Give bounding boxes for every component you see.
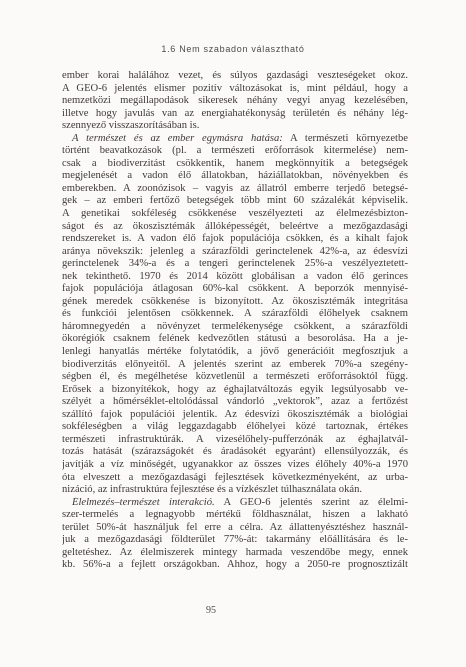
text-segment: gerinctelenek 34%-a és a tengeri gerinct… <box>62 258 408 269</box>
text-segment: szennyező visszaszorításában is. <box>62 120 199 131</box>
text-segment: rendszereket is. A vadon élő fajok popul… <box>62 233 408 244</box>
text-segment: természeti infrastruktúrák. A vizesélőhe… <box>62 434 408 445</box>
text-line: fajok populációja átlagosan 60%-kal csök… <box>62 283 408 296</box>
text-segment: ságot és az ökoszisztémák állóképességét… <box>62 221 408 232</box>
text-segment: sokféleségben a világ leggazdagabb élőhe… <box>62 421 408 432</box>
text-line: tozás hatását (szárazságokét és áradások… <box>62 446 408 459</box>
text-line: Erősek a bizonyítékok, hogy az éghajlatv… <box>62 384 408 397</box>
text-segment: emberekben. A zoonózisok – vagyis az áll… <box>62 183 408 194</box>
text-line: szállító fajok populációi jelentik. Az é… <box>62 409 408 422</box>
text-segment: tozás hatását (szárazságokét és áradások… <box>62 446 408 457</box>
text-line: szer-termelés a legnagyobb mértékű földh… <box>62 509 408 522</box>
text-segment: A természeti környezetbe <box>283 133 408 144</box>
text-segment: geltetéshez. Az élelmiszerek mintegy har… <box>62 547 408 558</box>
text-segment: javítják a víz minőségét, ugyanakkor az … <box>62 459 408 470</box>
text-line: juk a mezőgazdasági földterület 77%-át: … <box>62 534 408 547</box>
text-segment: szer-termelés a legnagyobb mértékű földh… <box>62 509 408 520</box>
text-line: óta elveszett a mezőgazdasági fejlesztés… <box>62 472 408 485</box>
text-line: nemzetközi megállapodások sikeresek néhá… <box>62 95 408 108</box>
text-segment: Erősek a bizonyítékok, hogy az éghajlatv… <box>62 384 408 395</box>
paragraph: Élelmezés–természet interakció. A GEO-6 … <box>62 497 408 572</box>
text-line: megjelenését a vadon élő állatokban, ház… <box>62 170 408 183</box>
text-segment: aránya növekszik: jelenleg a szárazföldi… <box>62 246 408 257</box>
text-line: geltetéshez. Az élelmiszerek mintegy har… <box>62 547 408 560</box>
text-line: javítják a víz minőségét, ugyanakkor az … <box>62 459 408 472</box>
paragraph: ember korai halálához vezet, és súlyos g… <box>62 70 408 133</box>
text-segment: biodiverzitás előnyeitől. A jelentés sze… <box>62 359 408 370</box>
text-segment: ségben él, és megélhetése közvetlenül a … <box>62 371 408 382</box>
text-line: szélyét a hőmérséklet-eltolódással vándo… <box>62 396 408 409</box>
italic-text-segment: A természet és az ember egymásra hatása: <box>72 133 283 144</box>
text-line: A genetikai sokféleség csökkenése veszél… <box>62 208 408 221</box>
text-segment: juk a mezőgazdasági földterület 77%-át: … <box>62 534 408 545</box>
text-segment: és funkciói jelentősen csökkennek. A szá… <box>62 308 408 319</box>
text-line: ember korai halálához vezet, és súlyos g… <box>62 70 408 83</box>
text-line: rendszereket is. A vadon élő fajok popul… <box>62 233 408 246</box>
text-line: terület 50%-át használjuk fel erre a cél… <box>62 522 408 535</box>
text-line: biodiverzitás előnyeitől. A jelentés sze… <box>62 359 408 372</box>
text-segment: kb. 56%-a a fejlett országokban. Ahhoz, … <box>62 559 408 570</box>
book-page: 1.6 Nem szabadon választható ember korai… <box>0 0 466 667</box>
text-line: csak a biodiverzitást csökkentik, hanem … <box>62 158 408 171</box>
text-segment: fajok populációja átlagosan 60%-kal csök… <box>62 283 408 294</box>
paragraph: A természet és az ember egymásra hatása:… <box>62 133 408 497</box>
text-segment: megjelenését a vadon élő állatokban, ház… <box>62 170 408 181</box>
italic-text-segment: Élelmezés–természet interakció. <box>72 497 215 508</box>
text-segment: terület 50%-át használjuk fel erre a cél… <box>62 522 408 533</box>
text-segment: szállító fajok populációi jelentik. Az é… <box>62 409 408 420</box>
text-segment: gek – az emberi fertőző betegségek több … <box>62 195 408 206</box>
text-line: nek tekinthető. 1970 és 2014 között glob… <box>62 271 408 284</box>
text-line: A GEO-6 jelentés elismer pozitív változá… <box>62 83 408 96</box>
text-segment: nemzetközi megállapodások sikeresek néhá… <box>62 95 408 106</box>
text-segment: nizáció, az infrastruktúra fejlesztése é… <box>62 484 362 495</box>
text-line: gek – az emberi fertőző betegségek több … <box>62 195 408 208</box>
text-line: gerinctelenek 34%-a és a tengeri gerinct… <box>62 258 408 271</box>
text-segment: A GEO-6 jelentés elismer pozitív változá… <box>62 83 408 94</box>
text-line: Élelmezés–természet interakció. A GEO-6 … <box>62 497 408 510</box>
text-line: sokféleségben a világ leggazdagabb élőhe… <box>62 421 408 434</box>
text-segment: ökorégiók csaknem felének kedvezőtlen st… <box>62 333 408 344</box>
text-line: természeti infrastruktúrák. A vizesélőhe… <box>62 434 408 447</box>
running-header: 1.6 Nem szabadon választható <box>0 44 466 54</box>
text-segment: illetve hogy javulás van az energiahaték… <box>62 108 408 119</box>
text-line: A természet és az ember egymásra hatása:… <box>62 133 408 146</box>
page-number: 95 <box>0 605 422 616</box>
text-segment: gének meredek csökkenése is bizonyított.… <box>62 296 408 307</box>
text-line: ökorégiók csaknem felének kedvezőtlen st… <box>62 333 408 346</box>
text-segment: ember korai halálához vezet, és súlyos g… <box>62 70 408 81</box>
text-line: szennyező visszaszorításában is. <box>62 120 408 133</box>
text-line: történt beavatkozások (pl. a természeti … <box>62 145 408 158</box>
text-line: és funkciói jelentősen csökkennek. A szá… <box>62 308 408 321</box>
text-segment: nek tekinthető. 1970 és 2014 között glob… <box>62 271 408 282</box>
text-line: ségben él, és megélhetése közvetlenül a … <box>62 371 408 384</box>
text-segment: szélyét a hőmérséklet-eltolódással vándo… <box>62 396 408 407</box>
text-line: ságot és az ökoszisztémák állóképességét… <box>62 221 408 234</box>
text-segment: óta elveszett a mezőgazdasági fejlesztés… <box>62 472 408 483</box>
text-line: lenlegi hanyatlás mértéke folytatódik, a… <box>62 346 408 359</box>
text-line: illetve hogy javulás van az energiahaték… <box>62 108 408 121</box>
text-segment: lenlegi hanyatlás mértéke folytatódik, a… <box>62 346 408 357</box>
text-segment: A GEO-6 jelentés szerint az élelmi- <box>215 497 408 508</box>
text-block: ember korai halálához vezet, és súlyos g… <box>62 70 408 572</box>
text-segment: csak a biodiverzitást csökkentik, hanem … <box>62 158 408 169</box>
text-segment: történt beavatkozások (pl. a természeti … <box>62 145 408 156</box>
text-line: aránya növekszik: jelenleg a szárazföldi… <box>62 246 408 259</box>
text-line: háromnegyedén a növényzet termelékenység… <box>62 321 408 334</box>
text-line: gének meredek csökkenése is bizonyított.… <box>62 296 408 309</box>
text-line: emberekben. A zoonózisok – vagyis az áll… <box>62 183 408 196</box>
text-line: kb. 56%-a a fejlett országokban. Ahhoz, … <box>62 559 408 572</box>
text-line: nizáció, az infrastruktúra fejlesztése é… <box>62 484 408 497</box>
text-segment: háromnegyedén a növényzet termelékenység… <box>62 321 408 332</box>
text-segment: A genetikai sokféleség csökkenése veszél… <box>62 208 408 219</box>
